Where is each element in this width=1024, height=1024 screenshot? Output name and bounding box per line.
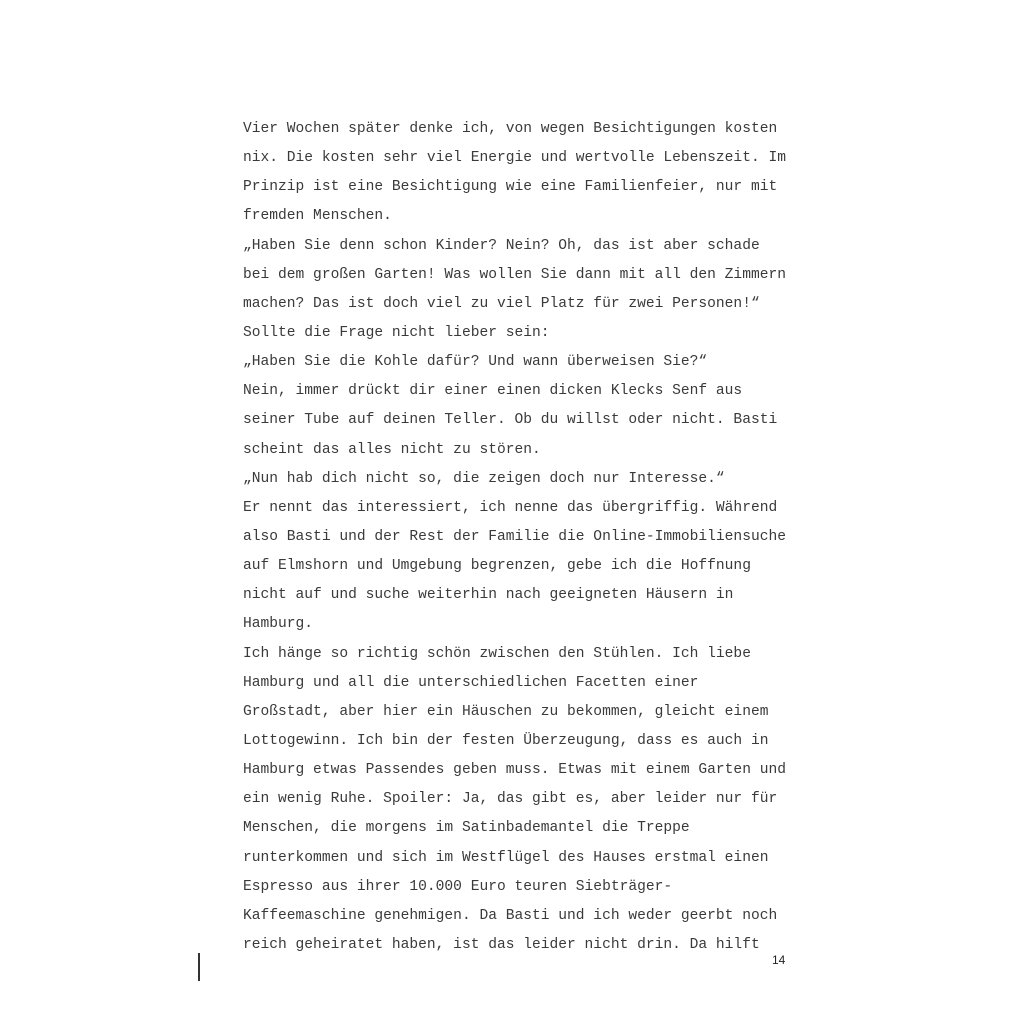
change-bar <box>198 953 200 981</box>
page-number: 14 <box>772 953 785 967</box>
text-line: Großstadt, aber hier ein Häuschen zu bek… <box>243 698 786 727</box>
text-line: also Basti und der Rest der Familie die … <box>243 523 786 552</box>
document-page: Vier Wochen später denke ich, von wegen … <box>0 0 1024 1024</box>
text-line: Menschen, die morgens im Satinbademantel… <box>243 814 786 843</box>
text-line: fremden Menschen. <box>243 202 786 231</box>
text-line: machen? Das ist doch viel zu viel Platz … <box>243 290 786 319</box>
text-line: scheint das alles nicht zu stören. <box>243 436 786 465</box>
text-line: Nein, immer drückt dir einer einen dicke… <box>243 377 786 406</box>
text-line: „Haben Sie denn schon Kinder? Nein? Oh, … <box>243 232 786 261</box>
text-line: ein wenig Ruhe. Spoiler: Ja, das gibt es… <box>243 785 786 814</box>
text-line: „Haben Sie die Kohle dafür? Und wann übe… <box>243 348 786 377</box>
text-line: Er nennt das interessiert, ich nenne das… <box>243 494 786 523</box>
text-line: Hamburg etwas Passendes geben muss. Etwa… <box>243 756 786 785</box>
text-line: auf Elmshorn und Umgebung begrenzen, geb… <box>243 552 786 581</box>
text-line: Lottogewinn. Ich bin der festen Überzeug… <box>243 727 786 756</box>
text-line: reich geheiratet haben, ist das leider n… <box>243 931 786 960</box>
text-line: Espresso aus ihrer 10.000 Euro teuren Si… <box>243 873 786 902</box>
body-text: Vier Wochen später denke ich, von wegen … <box>243 115 786 960</box>
text-line: seiner Tube auf deinen Teller. Ob du wil… <box>243 406 786 435</box>
text-line: Hamburg und all die unterschiedlichen Fa… <box>243 669 786 698</box>
text-line: Sollte die Frage nicht lieber sein: <box>243 319 786 348</box>
text-line: Kaffeemaschine genehmigen. Da Basti und … <box>243 902 786 931</box>
text-line: nicht auf und suche weiterhin nach geeig… <box>243 581 786 610</box>
text-line: bei dem großen Garten! Was wollen Sie da… <box>243 261 786 290</box>
text-line: Prinzip ist eine Besichtigung wie eine F… <box>243 173 786 202</box>
text-line: Hamburg. <box>243 610 786 639</box>
text-line: nix. Die kosten sehr viel Energie und we… <box>243 144 786 173</box>
text-line: „Nun hab dich nicht so, die zeigen doch … <box>243 465 786 494</box>
text-line: runterkommen und sich im Westflügel des … <box>243 844 786 873</box>
text-line: Ich hänge so richtig schön zwischen den … <box>243 640 786 669</box>
text-line: Vier Wochen später denke ich, von wegen … <box>243 115 786 144</box>
